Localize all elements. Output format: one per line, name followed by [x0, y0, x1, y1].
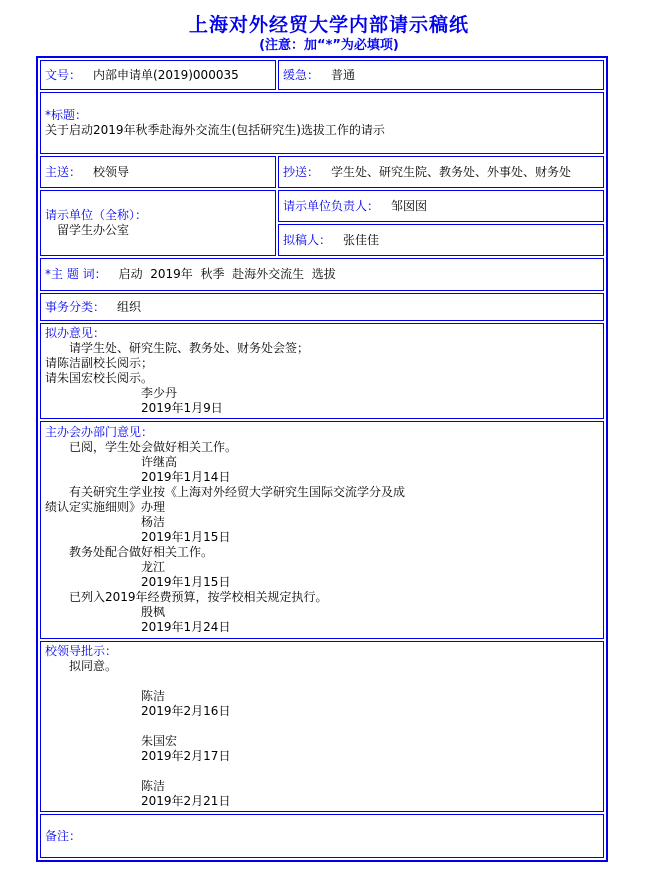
dept-opinion-text: 已阅，学生处会做好相关工作。 许继高 2019年1月14日 有关研究生学业按《上… — [45, 440, 599, 635]
unit-head-value: 邹囡囡 — [391, 199, 427, 213]
row-title: *标题： 关于启动2019年秋季赴海外交流生(包括研究生)选拔工作的请示 — [40, 92, 604, 154]
doc-no-cell: 文号：内部申请单(2019)000035 — [40, 60, 276, 90]
page-header: 上海对外经贸大学内部请示稿纸 (注意：加“*”为必填项) — [0, 0, 658, 53]
leader-comment-text: 拟同意。 陈洁 2019年2月16日 朱国宏 2019年2月17日 陈洁 201… — [45, 659, 599, 809]
title-cell: *标题： 关于启动2019年秋季赴海外交流生(包括研究生)选拔工作的请示 — [40, 92, 604, 154]
category-cell: 事务分类：组织 — [40, 293, 604, 321]
copy-to-label: 抄送： — [283, 165, 319, 179]
row-category: 事务分类：组织 — [40, 293, 604, 321]
row-dept-opinion: 主办会办部门意见： 已阅，学生处会做好相关工作。 许继高 2019年1月14日 … — [40, 421, 604, 639]
unit-value: 留学生办公室 — [45, 223, 271, 238]
drafter-label: 拟稿人： — [283, 233, 331, 247]
row-draft-opinion: 拟办意见： 请学生处、研究生院、教务处、财务处会签； 请陈洁副校长阅示； 请朱国… — [40, 323, 604, 419]
row-remark: 备注： — [40, 814, 604, 858]
remark-label: 备注： — [45, 829, 599, 844]
leader-comment-cell: 校领导批示： 拟同意。 陈洁 2019年2月16日 朱国宏 2019年2月17日… — [40, 641, 604, 812]
title-value: 关于启动2019年秋季赴海外交流生(包括研究生)选拔工作的请示 — [45, 123, 599, 138]
drafter-value: 张佳佳 — [343, 233, 379, 247]
main-to-value: 校领导 — [93, 165, 129, 179]
dept-opinion-label: 主办会办部门意见： — [45, 425, 599, 440]
dept-opinion-cell: 主办会办部门意见： 已阅，学生处会做好相关工作。 许继高 2019年1月14日 … — [40, 421, 604, 639]
row-leader-comment: 校领导批示： 拟同意。 陈洁 2019年2月16日 朱国宏 2019年2月17日… — [40, 641, 604, 812]
unit-cell: 请示单位（全称）： 留学生办公室 — [40, 190, 276, 256]
copy-to-value: 学生处、研究生院、教务处、外事处、财务处 — [331, 165, 571, 179]
main-to-label: 主送： — [45, 165, 81, 179]
main-to-cell: 主送：校领导 — [40, 156, 276, 188]
urgency-label: 缓急： — [283, 68, 319, 82]
page-title: 上海对外经贸大学内部请示稿纸 — [0, 13, 658, 38]
keywords-label: *主 题 词： — [45, 267, 107, 281]
request-form-table: 文号：内部申请单(2019)000035 缓急：普通 *标题： 关于启动2019… — [36, 56, 608, 862]
page-subtitle: (注意：加“*”为必填项) — [0, 38, 658, 53]
title-label: *标题： — [45, 108, 599, 123]
copy-to-cell: 抄送：学生处、研究生院、教务处、外事处、财务处 — [278, 156, 604, 188]
unit-label: 请示单位（全称）： — [45, 208, 271, 223]
row-docno-urgency: 文号：内部申请单(2019)000035 缓急：普通 — [40, 60, 604, 90]
row-send: 主送：校领导 抄送：学生处、研究生院、教务处、外事处、财务处 — [40, 156, 604, 188]
urgency-cell: 缓急：普通 — [278, 60, 604, 90]
remark-cell: 备注： — [40, 814, 604, 858]
keywords-value: 启动 2019年 秋季 赴海外交流生 选拔 — [119, 267, 336, 281]
row-keywords: *主 题 词：启动 2019年 秋季 赴海外交流生 选拔 — [40, 258, 604, 291]
draft-opinion-label: 拟办意见： — [45, 326, 599, 341]
doc-no-value: 内部申请单(2019)000035 — [93, 68, 239, 82]
unit-head-cell: 请示单位负责人：邹囡囡 — [278, 190, 604, 222]
draft-opinion-cell: 拟办意见： 请学生处、研究生院、教务处、财务处会签； 请陈洁副校长阅示； 请朱国… — [40, 323, 604, 419]
category-label: 事务分类： — [45, 300, 105, 314]
draft-opinion-text: 请学生处、研究生院、教务处、财务处会签； 请陈洁副校长阅示； 请朱国宏校长阅示。… — [45, 341, 599, 416]
unit-head-label: 请示单位负责人： — [283, 199, 379, 213]
row-unit-head: 请示单位（全称）： 留学生办公室 请示单位负责人：邹囡囡 — [40, 190, 604, 222]
doc-no-label: 文号： — [45, 68, 81, 82]
drafter-cell: 拟稿人：张佳佳 — [278, 224, 604, 256]
category-value: 组织 — [117, 300, 141, 314]
keywords-cell: *主 题 词：启动 2019年 秋季 赴海外交流生 选拔 — [40, 258, 604, 291]
leader-comment-label: 校领导批示： — [45, 644, 599, 659]
urgency-value: 普通 — [331, 68, 355, 82]
